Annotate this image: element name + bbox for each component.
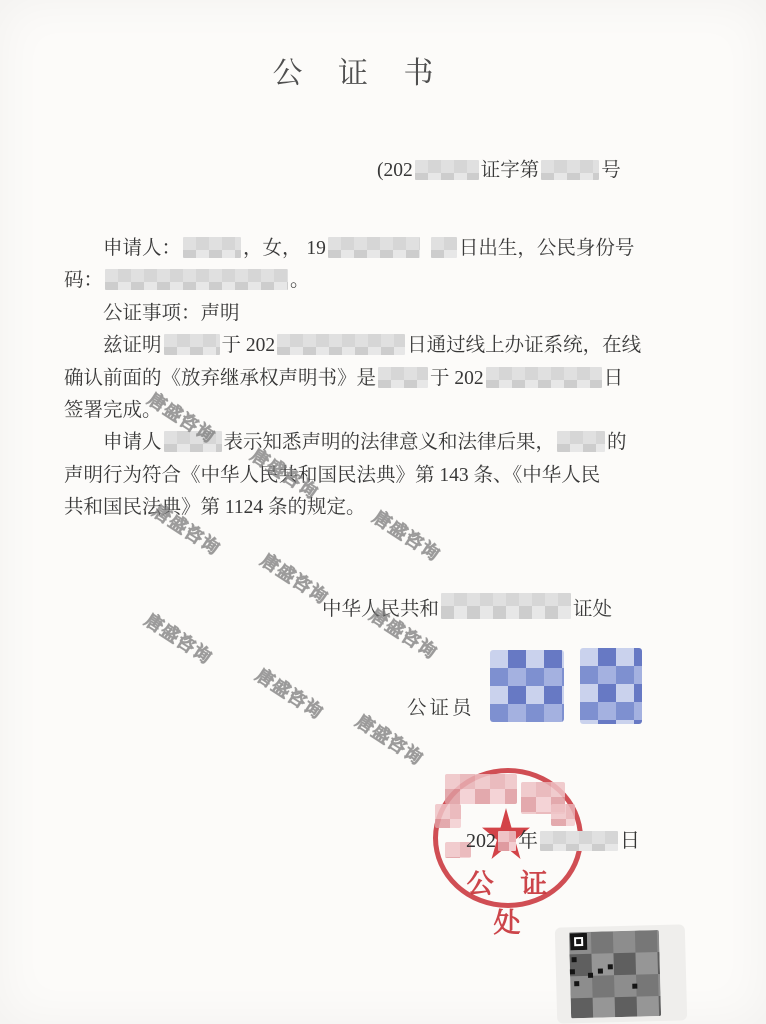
text-segment: 日通过线上办证系统，在线 — [407, 335, 641, 356]
watermark-text: 唐盛咨询 — [140, 606, 218, 669]
issue-date: 202年日 — [466, 824, 640, 853]
redacted-block — [277, 334, 405, 355]
text-segment: 申请人： — [103, 238, 181, 259]
notary-signature-redacted — [580, 648, 642, 724]
seal-redacted-block — [445, 774, 517, 804]
text-segment: 共和国民法典》第 1124 条的规定。 — [64, 497, 366, 518]
text-segment: 确认前面的《放弃继承权声明书》是 — [64, 368, 376, 389]
redacted-block — [541, 160, 599, 180]
text-segment: 202 — [466, 830, 496, 852]
document-line: 申请人表示知悉声明的法律意义和法律后果，的 — [64, 427, 716, 459]
text-segment: 年 — [518, 830, 538, 852]
page-title: 公 证 书 — [0, 48, 720, 92]
redacted-block — [498, 831, 516, 851]
text-segment: 声明行为符合《中华人民共和国民法典》第 143 条、《中华人民 — [64, 465, 600, 486]
document-line: 申请人：，女， 19日出生，公民身份号 — [64, 233, 716, 265]
redacted-block — [431, 237, 457, 258]
text-segment: 于 202 — [430, 368, 484, 389]
redacted-block — [328, 237, 420, 258]
redacted-block — [164, 334, 220, 355]
redacted-block — [378, 367, 428, 388]
body-text: 申请人：，女， 19日出生，公民身份号码：。公证事项：声明兹证明于 202日通过… — [64, 233, 716, 525]
notary-role-label: 公证员 — [407, 692, 475, 720]
document-line: 共和国民法典》第 1124 条的规定。 — [64, 492, 716, 524]
text-segment: 申请人 — [103, 432, 162, 453]
text-segment: 中华人民共和 — [322, 599, 439, 620]
text-segment: 日出生，公民身份号 — [459, 238, 635, 259]
notary-office-name: 中华人民共和证处 — [322, 593, 612, 621]
text-segment: 日 — [604, 368, 624, 389]
text-segment: 证处 — [573, 599, 612, 620]
redacted-block — [486, 367, 602, 388]
notary-signature-redacted — [490, 650, 564, 722]
text-segment: 的 — [607, 432, 627, 453]
text-segment: 码： — [64, 270, 103, 291]
text-segment: 表示知悉声明的法律意义和法律后果， — [224, 432, 556, 453]
redacted-block — [557, 431, 605, 452]
text-segment: 。 — [290, 270, 310, 291]
document-line: 码：。 — [64, 265, 716, 297]
redacted-block — [415, 160, 479, 180]
qr-code — [555, 924, 687, 1023]
seal-redacted-block — [551, 804, 575, 826]
text-segment: ，女， 19 — [243, 238, 326, 259]
document-line: 确认前面的《放弃继承权声明书》是于 202日 — [64, 363, 716, 395]
watermark-text: 唐盛咨询 — [251, 661, 329, 724]
notarial-certificate-page: 公 证 书 (202证字第号 申请人：，女， 19日出生，公民身份号码：。公证事… — [0, 0, 766, 1024]
text-segment: 公证事项：声明 — [103, 303, 240, 324]
qr-finder-icon — [570, 933, 587, 950]
document-line: 公证事项：声明 — [64, 298, 716, 330]
redacted-block — [540, 831, 618, 851]
document-line: 兹证明于 202日通过线上办证系统，在线 — [64, 330, 716, 362]
text-segment: 号 — [601, 160, 621, 181]
text-segment: 于 202 — [222, 335, 276, 356]
text-segment: 签署完成。 — [64, 400, 162, 421]
seal-redacted-block — [435, 804, 461, 828]
redacted-block — [164, 431, 222, 452]
redacted-block — [183, 237, 241, 258]
text-segment: 日 — [620, 830, 640, 852]
redacted-block — [441, 593, 571, 619]
certificate-number: (202证字第号 — [377, 158, 621, 184]
redacted-block — [105, 269, 288, 290]
text-segment: (202 — [377, 160, 413, 181]
document-line: 声明行为符合《中华人民共和国民法典》第 143 条、《中华人民 — [64, 460, 716, 492]
text-segment: 证字第 — [481, 160, 540, 181]
document-line: 签署完成。 — [64, 395, 716, 427]
text-segment: 兹证明 — [103, 335, 162, 356]
